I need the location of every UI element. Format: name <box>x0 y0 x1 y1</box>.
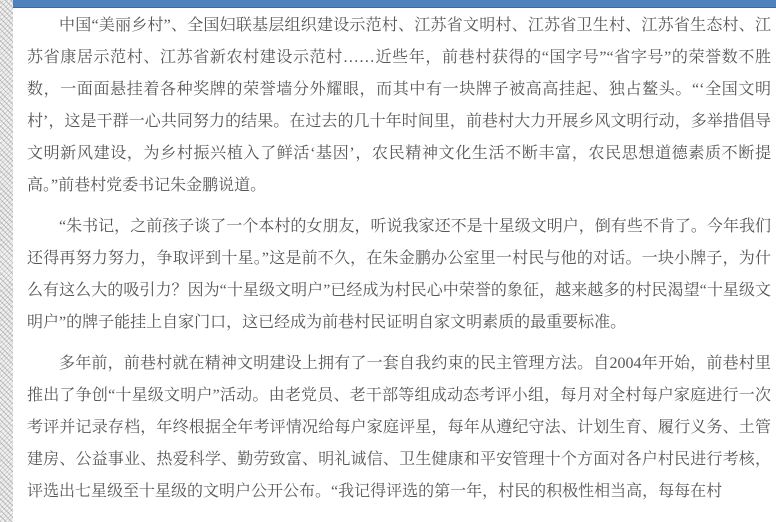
article-paragraph-villager-dialogue: “朱书记，之前孩子谈了一个本村的女朋友，听说我家还不是十星级文明户，倒有些不肯了… <box>27 211 771 339</box>
desktop-background-texture <box>0 0 13 522</box>
article-body: 中国“美丽乡村”、全国妇联基层组织建设示范村、江苏省文明村、江苏省卫生村、江苏省… <box>13 8 776 508</box>
document-page: 中国“美丽乡村”、全国妇联基层组织建设示范村、江苏省文明村、江苏省卫生村、江苏省… <box>13 8 776 522</box>
top-accent-bar <box>13 0 776 8</box>
article-paragraph-honors: 中国“美丽乡村”、全国妇联基层组织建设示范村、江苏省文明村、江苏省卫生村、江苏省… <box>27 10 771 202</box>
article-paragraph-rating-system: 多年前，前巷村就在精神文明建设上拥有了一套自我约束的民主管理方法。自2004年开… <box>27 348 771 508</box>
